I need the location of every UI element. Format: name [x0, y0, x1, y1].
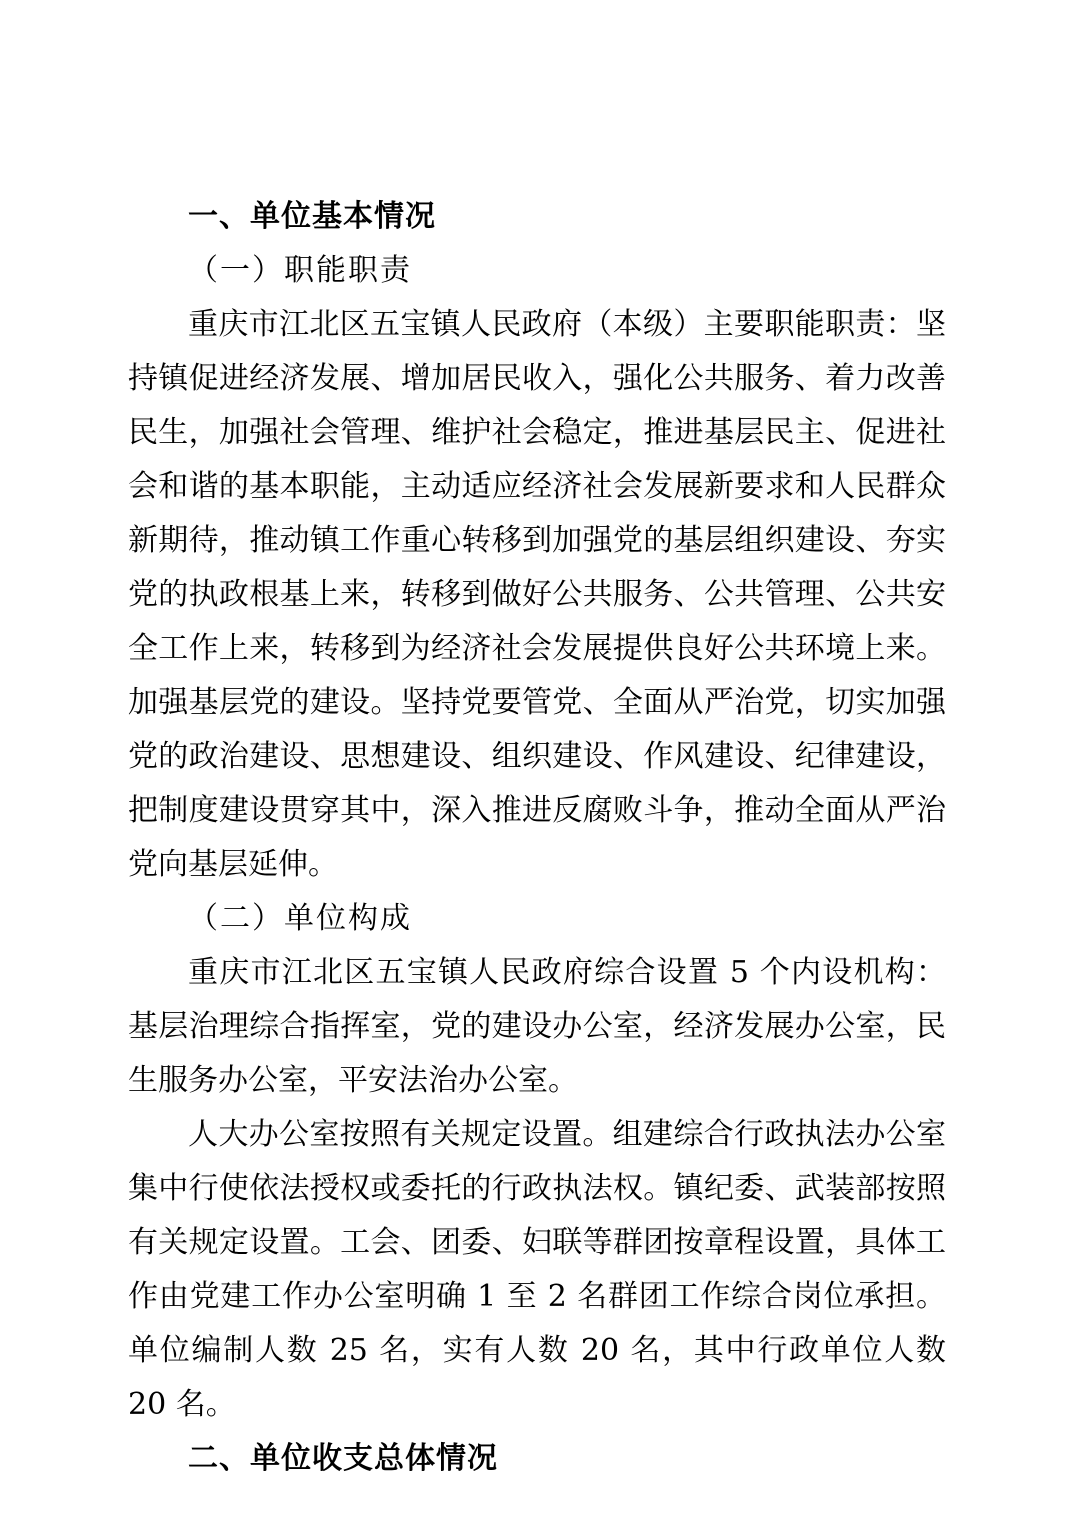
section-1-heading: 一、单位基本情况 — [128, 190, 946, 244]
paragraph-staffing: 人大办公室按照有关规定设置。组建综合行政执法办公室集中行使依法授权或委托的行政执… — [128, 1108, 946, 1432]
document-content: 一、单位基本情况 （一）职能职责 重庆市江北区五宝镇人民政府（本级）主要职能职责… — [128, 190, 946, 1486]
section-2-heading: 二、单位收支总体情况 — [128, 1432, 946, 1486]
paragraph-duties: 重庆市江北区五宝镇人民政府（本级）主要职能职责：坚持镇促进经济发展、增加居民收入… — [128, 298, 946, 892]
subsection-1-2-heading: （二）单位构成 — [128, 892, 946, 946]
subsection-1-1-heading: （一）职能职责 — [128, 244, 946, 298]
paragraph-internal-structure: 重庆市江北区五宝镇人民政府综合设置 5 个内设机构：基层治理综合指挥室，党的建设… — [128, 946, 946, 1108]
document-page: 一、单位基本情况 （一）职能职责 重庆市江北区五宝镇人民政府（本级）主要职能职责… — [0, 0, 1074, 1520]
